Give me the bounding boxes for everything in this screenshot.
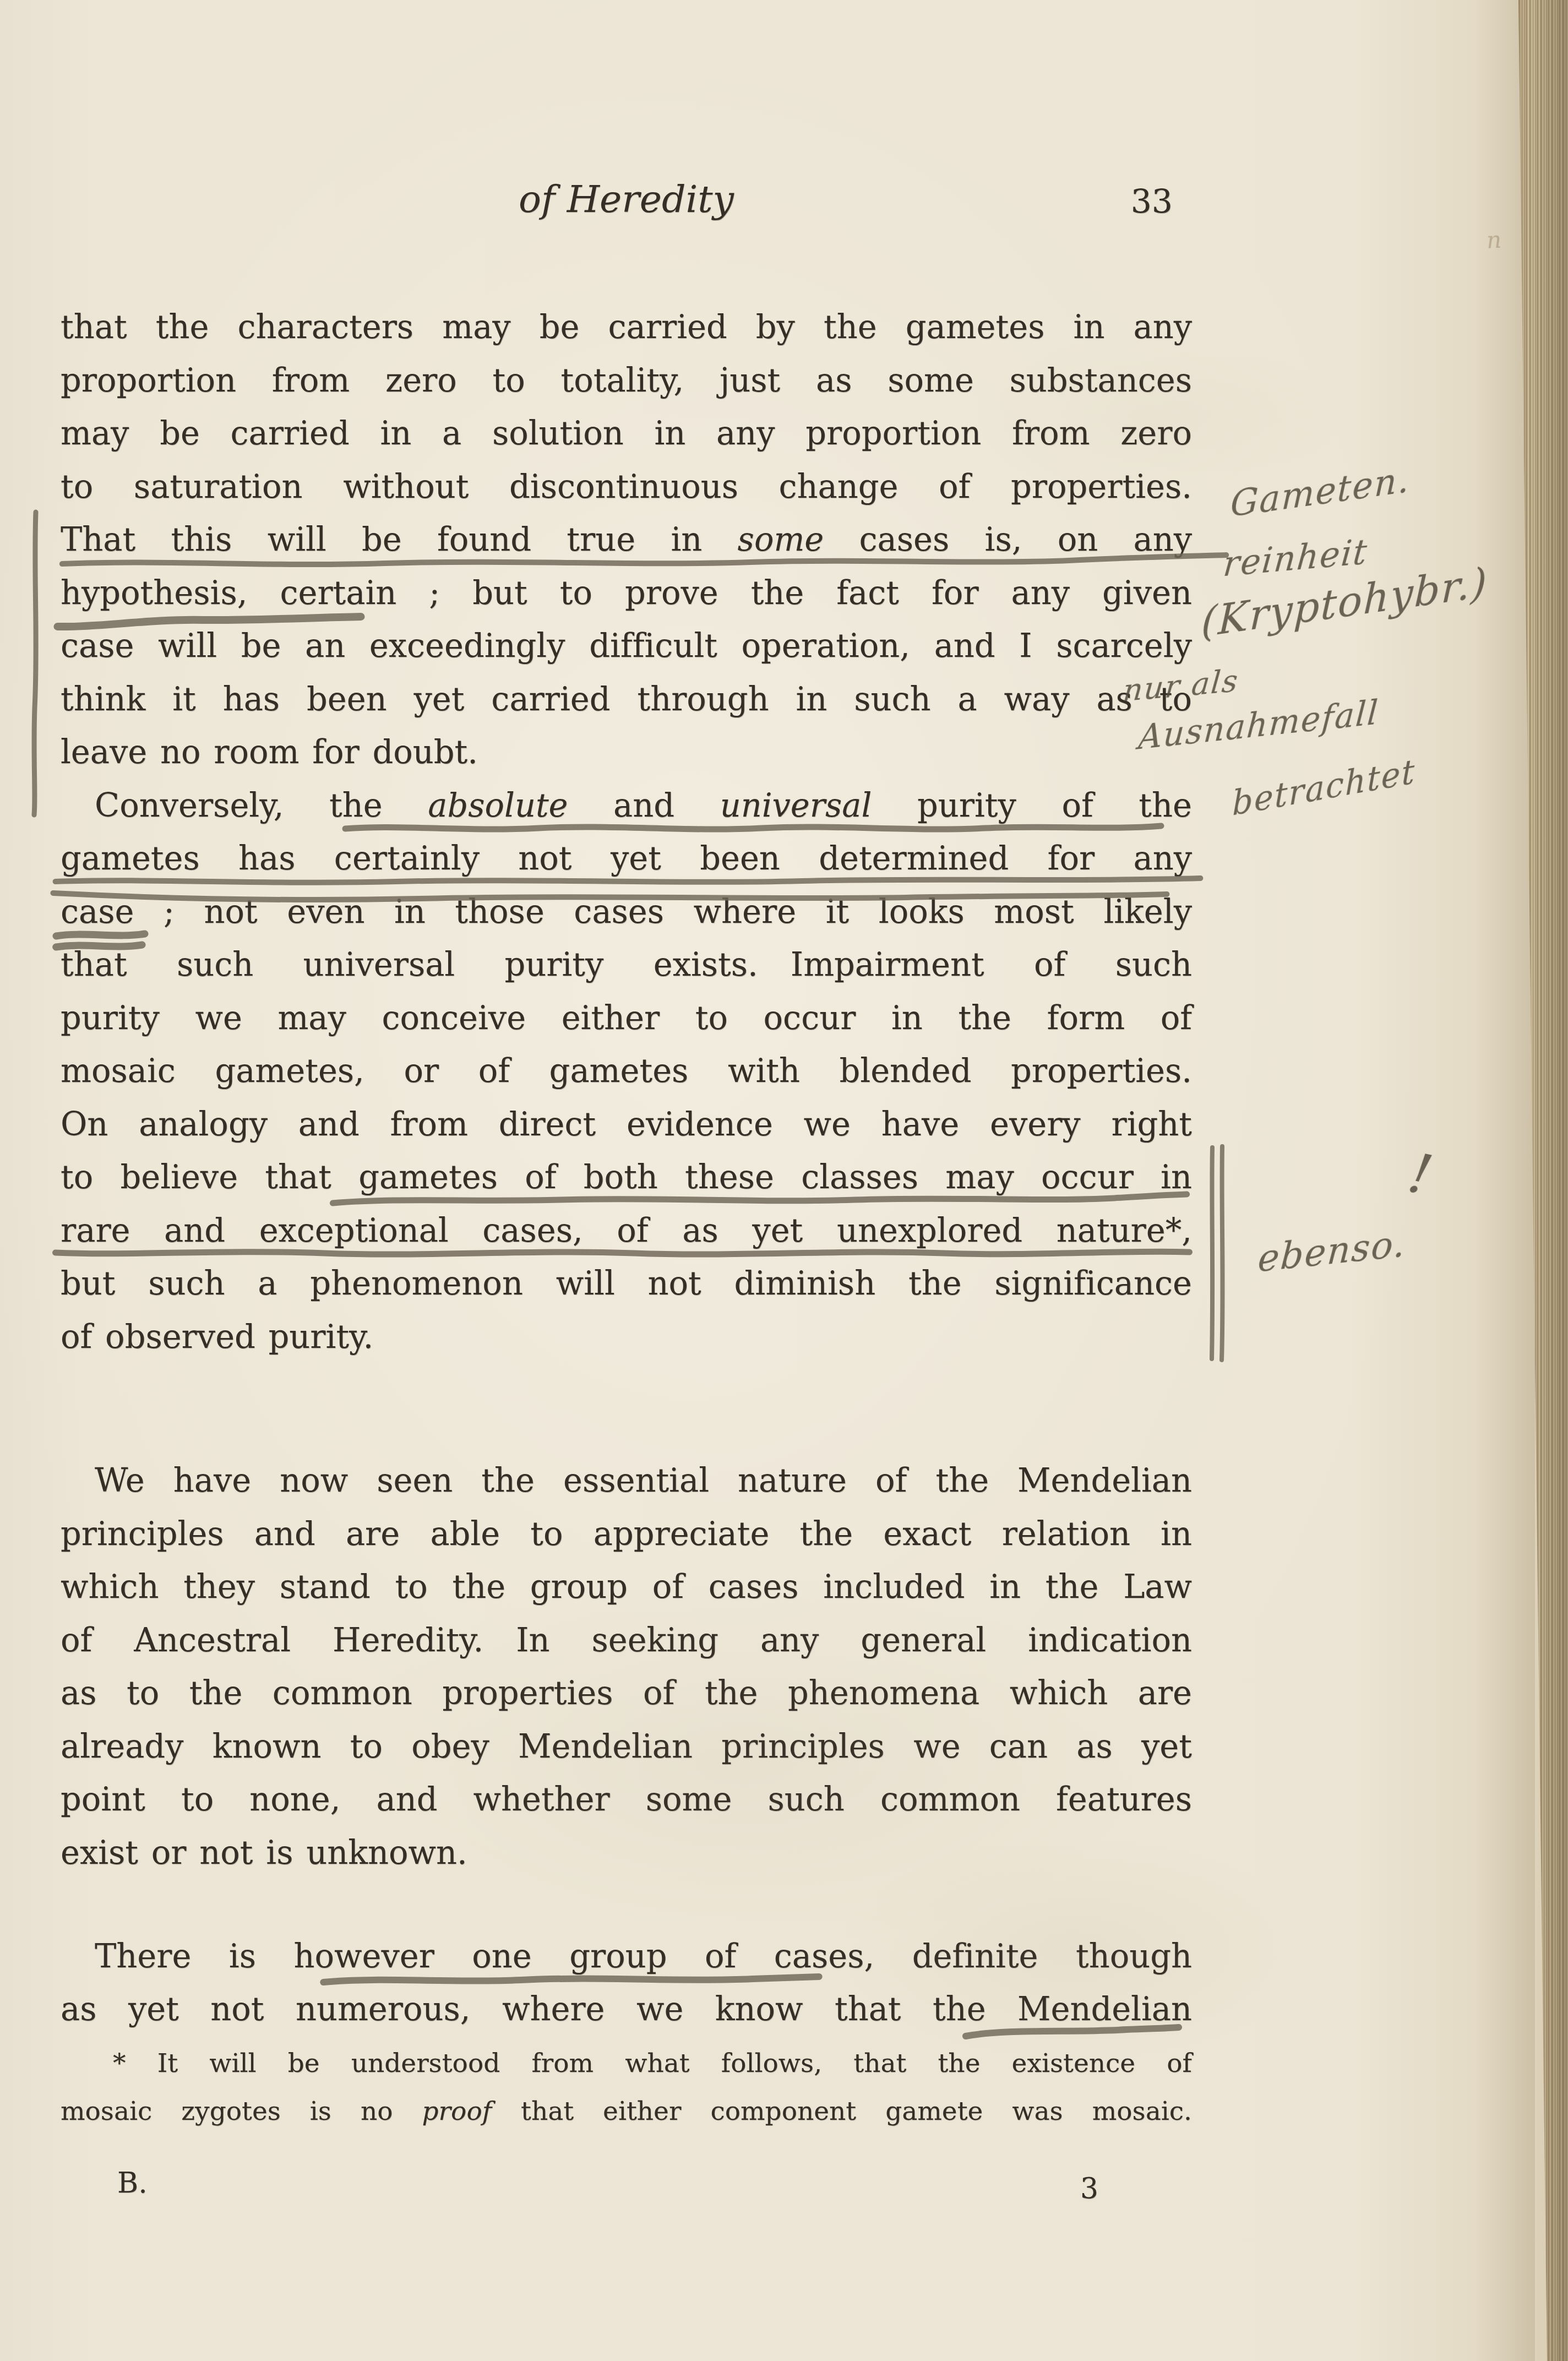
- pencil-underline: [319, 1969, 823, 1988]
- text-line: that the characters may be carried by th…: [61, 300, 1192, 353]
- text-line: of observed purity.: [61, 1310, 1192, 1363]
- signature-mark-right: 3: [1080, 2172, 1098, 2205]
- text-line: point to none, and whether some such com…: [61, 1772, 1192, 1826]
- pencil-margin-line-right: [1206, 1144, 1230, 1362]
- handwritten-exclamation: !: [1403, 1140, 1439, 1208]
- pencil-margin-line-left: [26, 509, 43, 818]
- text-line: mosaic gametes, or of gametes with blend…: [61, 1044, 1192, 1097]
- text-line: as to the common properties of the pheno…: [61, 1666, 1192, 1720]
- text-line: On analogy and from direct evidence we h…: [61, 1097, 1192, 1151]
- handwritten-note: betrachtet: [1232, 752, 1415, 824]
- pencil-underline: [340, 818, 1166, 835]
- text-line: hypothesis, certain ; but to prove the f…: [61, 566, 1192, 619]
- pencil-underline: [48, 1243, 1196, 1260]
- text-line: that such universal purity exists. Impai…: [61, 938, 1192, 991]
- text-line: already known to obey Mendelian principl…: [61, 1720, 1192, 1773]
- pencil-underline: [55, 552, 1233, 569]
- text-segment: that either component gamete was mosaic.: [492, 2096, 1192, 2126]
- italic-word: proof: [422, 2096, 492, 2126]
- text-line: principles and are able to appreciate th…: [61, 1507, 1192, 1560]
- text-line: exist or not is unknown.: [61, 1826, 1192, 1879]
- pencil-underline: [328, 1190, 1192, 1206]
- pencil-underline: [48, 871, 1207, 906]
- text-line: proportion from zero to totality, just a…: [61, 353, 1192, 407]
- text-line: may be carried in a solution in any prop…: [61, 406, 1192, 460]
- text-segment: mosaic zygotes is no: [61, 2096, 422, 2126]
- text-line: which they stand to the group of cases i…: [61, 1560, 1192, 1613]
- text-line: but such a phenomenon will not diminish …: [61, 1256, 1192, 1310]
- pencil-underline: [963, 2022, 1181, 2039]
- footnote-line: mosaic zygotes is no proof that either c…: [61, 2088, 1192, 2135]
- footnote-line: * It will be understood from what follow…: [61, 2040, 1192, 2087]
- pencil-underline: [55, 612, 363, 631]
- text-line: to saturation without discontinuous chan…: [61, 460, 1192, 513]
- text-line: leave no room for doubt.: [61, 725, 1192, 779]
- text-line: think it has been yet carried through in…: [61, 672, 1192, 726]
- signature-mark-left: B.: [117, 2167, 148, 2200]
- page-number: 33: [61, 177, 1173, 227]
- text-line: purity we may conceive either to occur i…: [61, 991, 1192, 1045]
- text-line: We have now seen the essential nature of…: [61, 1454, 1192, 1507]
- text-line: of Ancestral Heredity. In seeking any ge…: [61, 1613, 1192, 1667]
- handwritten-note: reinheit: [1222, 531, 1370, 585]
- handwritten-note: Gameten.: [1230, 459, 1411, 526]
- pencil-underline: [55, 929, 146, 953]
- book-page: of Heredity 33 that the characters may b…: [0, 0, 1568, 2361]
- handwritten-note: ebenso.: [1256, 1222, 1407, 1280]
